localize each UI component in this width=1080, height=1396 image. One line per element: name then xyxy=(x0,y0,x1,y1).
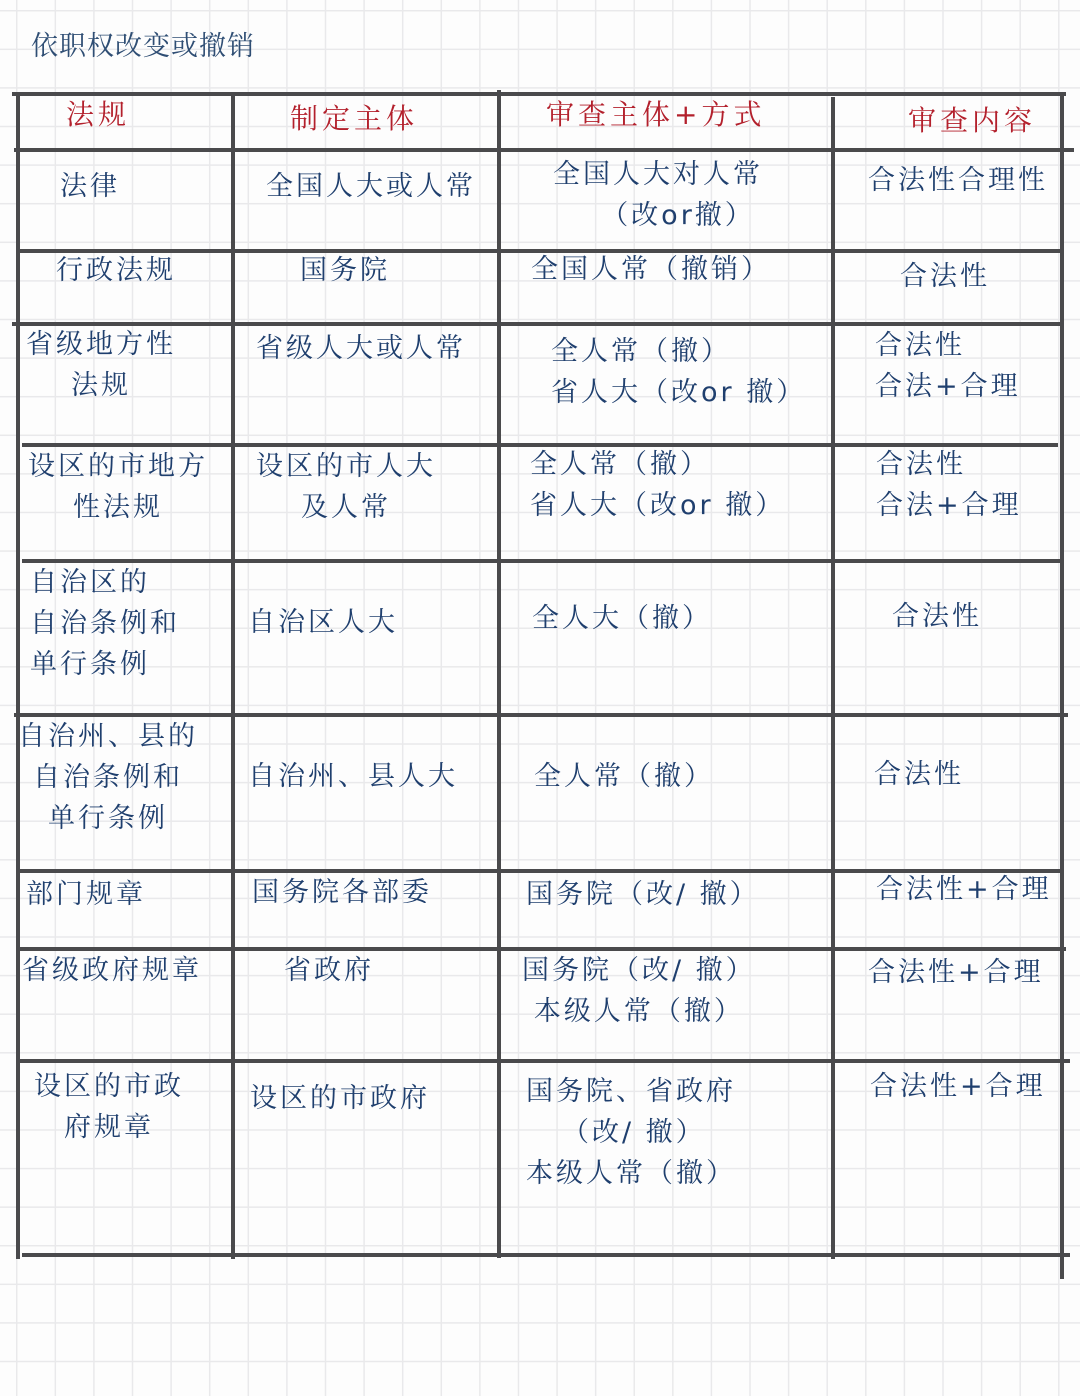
cell-text: 省级人大或人常 xyxy=(256,328,466,369)
cell-text: 设区的市人大 xyxy=(256,446,436,487)
cell-text: 自治区的 xyxy=(30,562,180,603)
cell-text: 合法性合理性 xyxy=(868,160,1048,201)
cell-text: 本级人常（撤） xyxy=(522,991,756,1032)
table-row-autonomous-prefecture-review-body: 全人常（撤） xyxy=(534,756,714,797)
cell-text: 自治条例和 xyxy=(30,603,180,644)
cell-text: 自治州、县人大 xyxy=(248,756,458,797)
cell-text: 府规章 xyxy=(34,1107,184,1148)
table-row-city-enacting-body: 设区的市人大 及人常 xyxy=(256,446,436,528)
table-row-city-gov-rules-enacting-body: 设区的市政府 xyxy=(250,1078,430,1119)
cell-text: 本级人常（撤） xyxy=(526,1153,736,1194)
table-row-provincial-gov-rules-regulation: 省级政府规章 xyxy=(22,950,202,991)
table-row-admin-review-body: 全国人常（撤销） xyxy=(531,249,771,290)
cell-text: 合法性 xyxy=(900,256,990,297)
cell-text: 性法规 xyxy=(28,487,208,528)
table-row-autonomous-region-review-body: 全人大（撤） xyxy=(532,598,712,639)
header-divider xyxy=(14,148,1074,152)
table-row-provincial-enacting-body: 省级人大或人常 xyxy=(256,328,466,369)
cell-text: 全人常（撤） xyxy=(534,756,714,797)
cell-text: 国务院各部委 xyxy=(252,872,432,913)
cell-text: 全人常（撤） xyxy=(530,444,785,485)
cell-text: 设区的市政 xyxy=(34,1066,184,1107)
table-row-autonomous-prefecture-enacting-body: 自治州、县人大 xyxy=(248,756,458,797)
cell-text: 合法性+合理 xyxy=(868,952,1044,993)
table-row-department-rules-review-body: 国务院（改/ 撤） xyxy=(526,874,760,915)
table-row-provincial-gov-rules-review-body: 国务院（改/ 撤） 本级人常（撤） xyxy=(522,950,756,1032)
cell-text: 省人大（改or 撤） xyxy=(551,372,806,413)
cell-text: 自治条例和 xyxy=(18,757,198,798)
header-enacting-body: 制定主体 xyxy=(290,98,418,139)
table-row-autonomous-prefecture-review-content: 合法性 xyxy=(874,754,964,795)
table-row-department-rules-enacting-body: 国务院各部委 xyxy=(252,872,432,913)
table-top-border xyxy=(12,92,1066,96)
table-row-admin-enacting-body: 国务院 xyxy=(300,250,390,291)
cell-text: 设区的市地方 xyxy=(28,446,208,487)
table-row-law-regulation: 法律 xyxy=(60,166,120,207)
cell-text: 省级地方性 xyxy=(26,324,176,365)
cell-text: 合法性+合理 xyxy=(876,869,1052,910)
cell-text: 单行条例 xyxy=(18,798,198,839)
table-row-provincial-gov-rules-review-content: 合法性+合理 xyxy=(868,952,1044,993)
cell-text: 设区的市政府 xyxy=(250,1078,430,1119)
table-row-provincial-gov-rules-enacting-body: 省政府 xyxy=(284,950,374,991)
cell-text: 合法性 xyxy=(876,444,1022,485)
cell-text: 省人大（改or 撤） xyxy=(530,485,785,526)
table-row-department-rules-regulation: 部门规章 xyxy=(26,874,146,915)
cell-text: 全人常（撤） xyxy=(551,331,806,372)
table-row-city-regulation: 设区的市地方 性法规 xyxy=(28,446,208,528)
cell-text: 合法+合理 xyxy=(875,366,1021,407)
cell-text: 合法+合理 xyxy=(876,485,1022,526)
cell-text: 全国人大对人常 xyxy=(553,154,763,195)
column-divider xyxy=(831,97,835,1259)
cell-text: 法规 xyxy=(26,365,176,406)
cell-text: （改/ 撤） xyxy=(526,1112,736,1153)
table-row-city-review-body: 全人常（撤） 省人大（改or 撤） xyxy=(530,444,785,526)
cell-text: 省级政府规章 xyxy=(22,950,202,991)
table-right-border xyxy=(1060,93,1064,1279)
review-table: 法规 制定主体 审查主体+方式 审查内容 法律 全国人大或人常 全国人大对人常 … xyxy=(0,0,1080,1396)
table-row-admin-review-content: 合法性 xyxy=(900,256,990,297)
table-row-autonomous-prefecture-regulation: 自治州、县的 自治条例和 单行条例 xyxy=(18,716,198,839)
column-divider xyxy=(231,93,235,1259)
cell-text: 自治区人大 xyxy=(248,602,398,643)
table-row-law-enacting-body: 全国人大或人常 xyxy=(266,166,476,207)
cell-text: 合法性 xyxy=(874,754,964,795)
table-row-law-review-body: 全国人大对人常 （改or撤） xyxy=(553,154,763,236)
cell-text: 法律 xyxy=(60,166,120,207)
header-review-content: 审查内容 xyxy=(908,100,1036,141)
table-row-autonomous-region-enacting-body: 自治区人大 xyxy=(248,602,398,643)
table-left-border xyxy=(16,93,20,1259)
cell-text: 国务院 xyxy=(300,250,390,291)
cell-text: 国务院、省政府 xyxy=(526,1071,736,1112)
table-row-city-gov-rules-review-body: 国务院、省政府 （改/ 撤） 本级人常（撤） xyxy=(526,1071,736,1194)
cell-text: 部门规章 xyxy=(26,874,146,915)
cell-text: 合法性 xyxy=(892,596,982,637)
table-bottom-border xyxy=(22,1253,1070,1257)
table-row-city-gov-rules-review-content: 合法性+合理 xyxy=(870,1066,1046,1107)
cell-text: 省政府 xyxy=(284,950,374,991)
cell-text: 国务院（改/ 撤） xyxy=(522,950,756,991)
cell-text: 及人常 xyxy=(256,487,436,528)
table-row-city-gov-rules-regulation: 设区的市政 府规章 xyxy=(34,1066,184,1148)
cell-text: 全国人大或人常 xyxy=(266,166,476,207)
row-divider xyxy=(20,1059,1070,1063)
cell-text: 合法性 xyxy=(875,325,1021,366)
table-row-department-rules-review-content: 合法性+合理 xyxy=(876,869,1052,910)
cell-text: 自治州、县的 xyxy=(18,716,198,757)
table-row-admin-regulation: 行政法规 xyxy=(56,250,176,291)
cell-text: （改or撤） xyxy=(553,195,763,236)
cell-text: 全人大（撤） xyxy=(532,598,712,639)
table-row-autonomous-region-review-content: 合法性 xyxy=(892,596,982,637)
cell-text: 行政法规 xyxy=(56,250,176,291)
table-row-provincial-regulation: 省级地方性 法规 xyxy=(26,324,176,406)
table-row-city-review-content: 合法性 合法+合理 xyxy=(876,444,1022,526)
table-row-provincial-review-body: 全人常（撤） 省人大（改or 撤） xyxy=(551,331,806,413)
header-regulation: 法规 xyxy=(66,94,130,135)
cell-text: 合法性+合理 xyxy=(870,1066,1046,1107)
table-row-law-review-content: 合法性合理性 xyxy=(868,160,1048,201)
column-divider xyxy=(497,90,501,1258)
cell-text: 单行条例 xyxy=(30,644,180,685)
table-row-provincial-review-content: 合法性 合法+合理 xyxy=(875,325,1021,407)
table-row-autonomous-region-regulation: 自治区的 自治条例和 单行条例 xyxy=(30,562,180,685)
header-review-body-method: 审查主体+方式 xyxy=(546,94,765,135)
cell-text: 全国人常（撤销） xyxy=(531,249,771,290)
cell-text: 国务院（改/ 撤） xyxy=(526,874,760,915)
